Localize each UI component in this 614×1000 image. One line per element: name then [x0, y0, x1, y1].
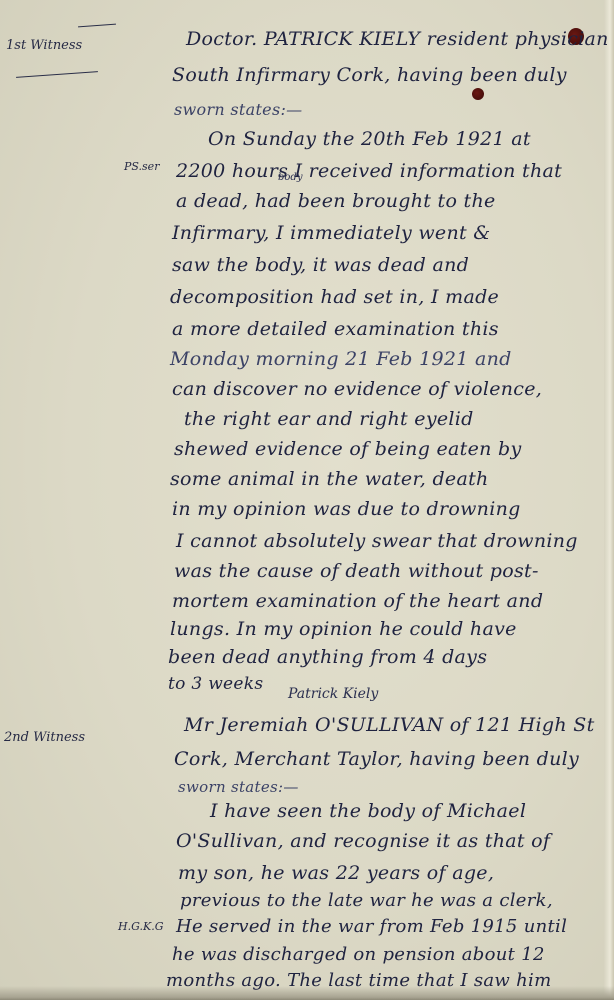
witness1-statement-line: I cannot absolutely swear that drowning	[176, 530, 578, 552]
witness1-statement-line: been dead anything from 4 days	[168, 646, 487, 668]
witness2-intro-line: Cork, Merchant Taylor, having been duly	[174, 748, 579, 770]
witness2-statement-line: previous to the late war he was a clerk,	[180, 890, 553, 911]
witness1-statement-line: a dead, had been brought to the	[176, 190, 496, 212]
inserted-word-body: body	[278, 172, 302, 183]
witness2-margin-initials: H.G.K.G	[118, 920, 163, 933]
witness1-intro-line: South Infirmary Cork, having been duly	[172, 64, 567, 86]
witness1-statement-line: some animal in the water, death	[170, 468, 489, 490]
witness1-statement-line: can discover no evidence of violence,	[172, 378, 542, 400]
witness2-statement-line: months ago. The last time that I saw him	[166, 970, 551, 991]
witness1-statement-line: lungs. In my opinion he could have	[170, 618, 517, 640]
margin-rule-bottom	[16, 71, 98, 78]
witness1-statement-line: decomposition had set in, I made	[170, 286, 499, 308]
witness2-statement-line: He served in the war from Feb 1915 until	[176, 916, 567, 937]
witness1-statement-line: 2200 hours I received information that	[176, 160, 562, 182]
witness1-margin-label: 1st Witness	[6, 38, 82, 53]
witness1-statement-line: the right ear and right eyelid	[184, 408, 474, 430]
witness2-statement-line: my son, he was 22 years of age,	[178, 862, 494, 884]
witness2-intro-line: sworn states:—	[178, 778, 299, 796]
witness2-statement-line: O'Sullivan, and recognise it as that of	[176, 830, 550, 852]
witness1-statement-line: On Sunday the 20th Feb 1921 at	[208, 128, 531, 150]
witness2-intro-line: Mr Jeremiah O'SULLIVAN of 121 High St	[184, 714, 595, 736]
witness1-statement-line: shewed evidence of being eaten by	[174, 438, 522, 460]
witness1-intro-line: Doctor. PATRICK KIELY resident physician	[186, 28, 609, 50]
witness1-statement-line: to 3 weeks	[168, 674, 263, 694]
punch-hole-second	[472, 88, 484, 100]
witness1-statement-line: in my opinion was due to drowning	[172, 498, 521, 520]
witness1-margin-initials: PS.ser	[124, 160, 159, 173]
document-page: 1st Witness PS.ser Doctor. PATRICK KIELY…	[0, 0, 614, 1000]
margin-rule-top	[78, 24, 116, 28]
witness1-statement-line: Infirmary, I immediately went &	[172, 222, 490, 244]
witness1-signature: Patrick Kiely	[288, 686, 378, 702]
witness1-intro-line: sworn states:—	[174, 100, 302, 119]
witness2-statement-line: I have seen the body of Michael	[210, 800, 526, 822]
witness2-margin-label: 2nd Witness	[4, 730, 85, 745]
witness1-statement-line: was the cause of death without post-	[174, 560, 539, 582]
witness2-statement-line: he was discharged on pension about 12	[172, 944, 545, 965]
witness1-statement-line: mortem examination of the heart and	[172, 590, 543, 612]
witness1-statement-line: Monday morning 21 Feb 1921 and	[170, 348, 512, 370]
witness1-statement-line: a more detailed examination this	[172, 318, 499, 340]
page-edge-right	[604, 0, 614, 1000]
witness1-statement-line: saw the body, it was dead and	[172, 254, 469, 276]
